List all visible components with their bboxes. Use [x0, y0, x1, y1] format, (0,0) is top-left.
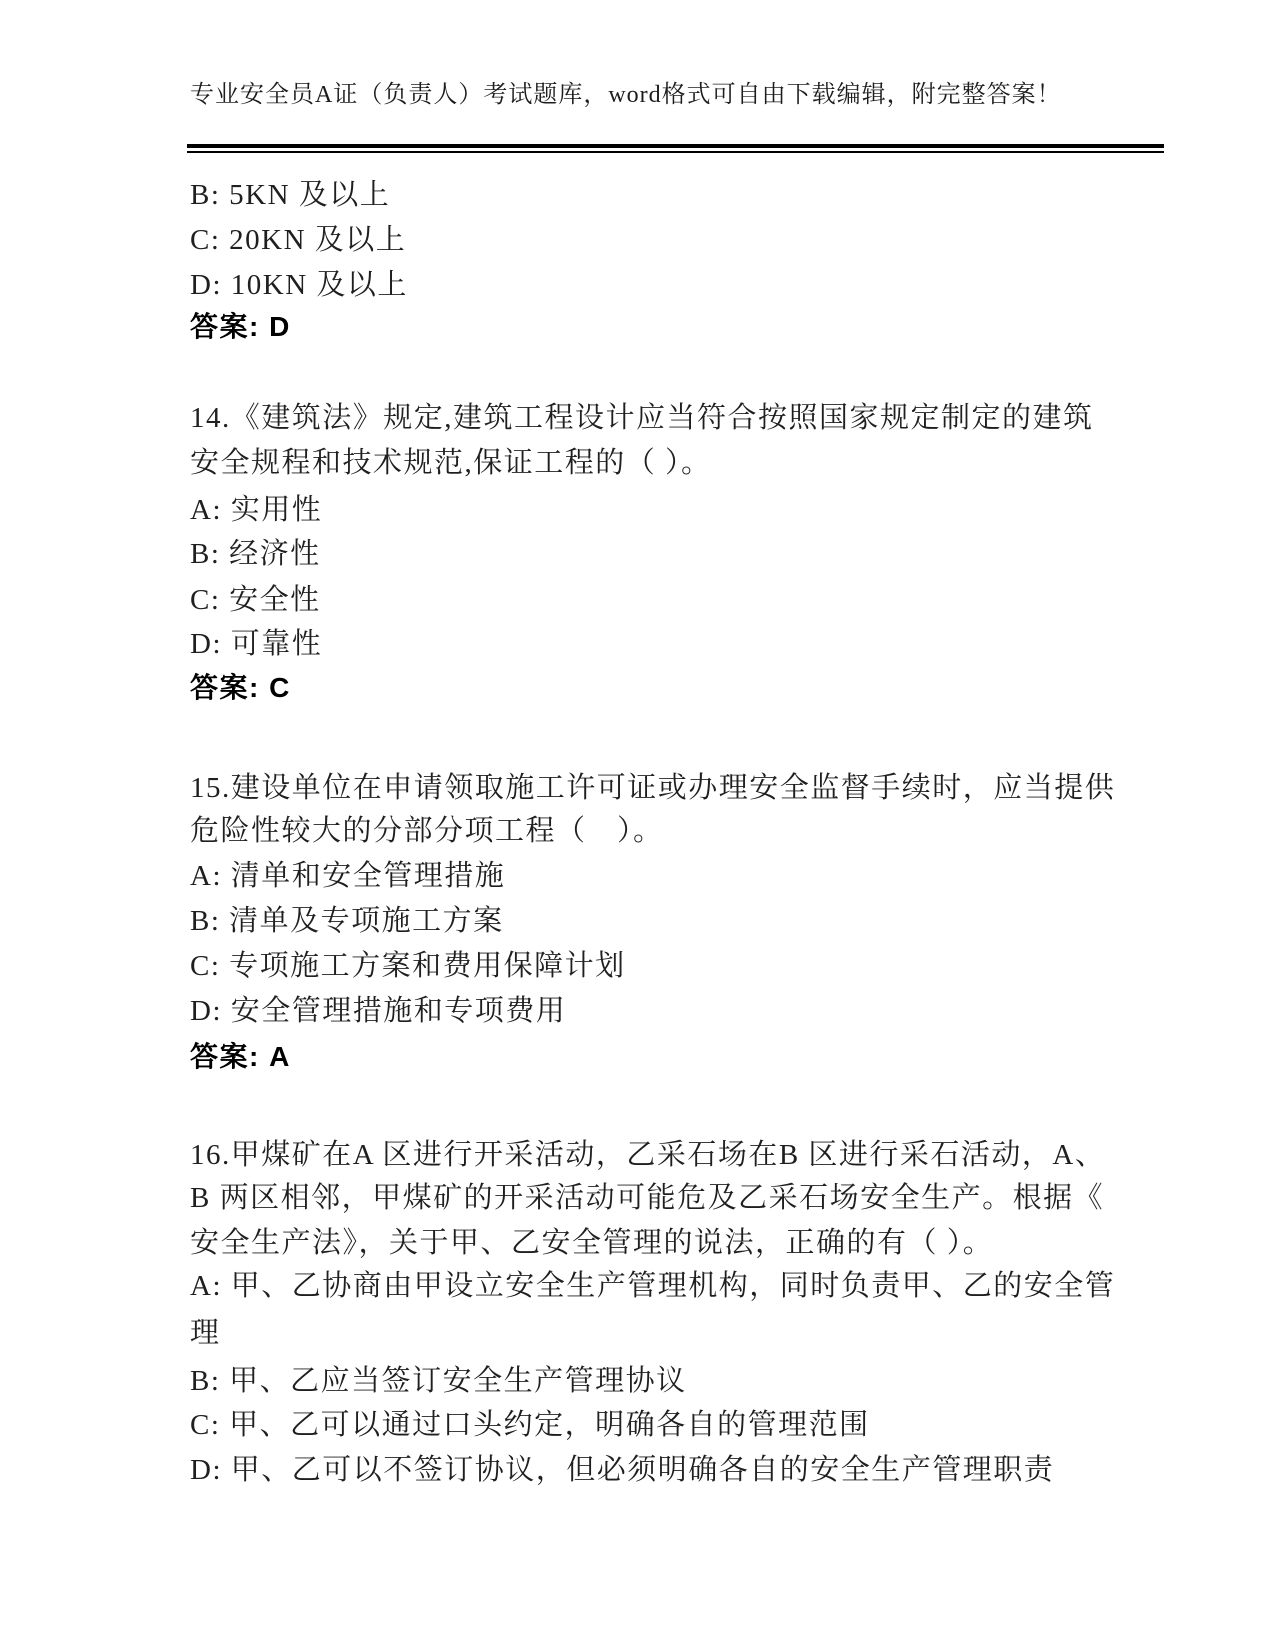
- option-line-a: A: 甲、乙协商由甲设立安全生产管理机构，同时负责甲、乙的安全管: [190, 1263, 1115, 1304]
- option-line-d: D: 安全管理措施和专项费用: [190, 988, 566, 1029]
- option-line-c: C: 专项施工方案和费用保障计划: [190, 943, 626, 984]
- page-header-title: 专业安全员A证（负责人）考试题库，word格式可自由下载编辑，附完整答案！: [190, 74, 1062, 109]
- option-line-a: A: 实用性: [190, 487, 322, 528]
- option-line-d: D: 可靠性: [190, 621, 322, 662]
- option-line-a-continuation: 理: [190, 1310, 221, 1351]
- question-line: 14.《建筑法》规定,建筑工程设计应当符合按照国家规定制定的建筑: [190, 395, 1094, 436]
- option-line-b: B: 清单及专项施工方案: [190, 898, 504, 939]
- question-line: 安全规程和技术规范,保证工程的（ ）。: [190, 440, 712, 481]
- option-line-d: D: 甲、乙可以不签订协议，但必须明确各自的安全生产管理职责: [190, 1447, 1054, 1488]
- option-line-b: B: 5KN 及以上: [190, 172, 390, 213]
- question-line: 安全生产法》，关于甲、乙安全管理的说法，正确的有（ ）。: [190, 1220, 993, 1261]
- option-line-c: C: 安全性: [190, 577, 321, 618]
- option-line-a: A: 清单和安全管理措施: [190, 853, 505, 894]
- answer-line: 答案: D: [190, 305, 291, 345]
- answer-line: 答案: A: [190, 1035, 291, 1075]
- exam-document-page: 专业安全员A证（负责人）考试题库，word格式可自由下载编辑，附完整答案！ B:…: [0, 0, 1275, 1650]
- question-line: 15.建设单位在申请领取施工许可证或办理安全监督手续时，应当提供: [190, 765, 1115, 806]
- question-line: 危险性较大的分部分项工程（ ）。: [190, 808, 664, 849]
- option-line-b: B: 甲、乙应当签订安全生产管理协议: [190, 1358, 687, 1399]
- option-line-c: C: 甲、乙可以通过口头约定，明确各自的管理范围: [190, 1402, 870, 1443]
- question-line: 16.甲煤矿在A 区进行开采活动，乙采石场在B 区进行采石活动，A、: [190, 1132, 1105, 1173]
- answer-line: 答案: C: [190, 666, 291, 706]
- header-divider-rule: [187, 144, 1164, 153]
- option-line-d: D: 10KN 及以上: [190, 262, 408, 303]
- option-line-b: B: 经济性: [190, 531, 321, 572]
- option-line-c: C: 20KN 及以上: [190, 217, 406, 258]
- question-line: B 两区相邻，甲煤矿的开采活动可能危及乙采石场安全生产。根据《: [190, 1175, 1104, 1216]
